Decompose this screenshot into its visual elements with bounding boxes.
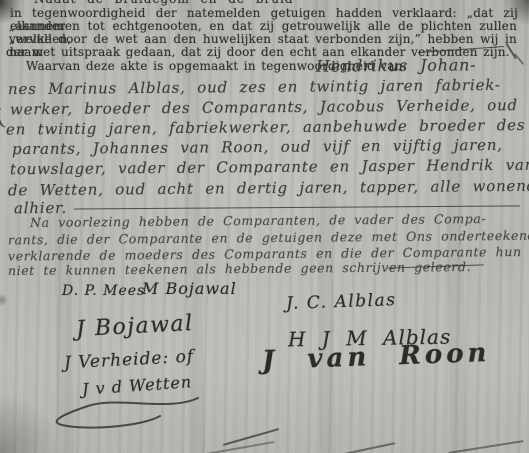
scanned-document-page: Nadat de bruidegom en de bruid in tegenw… xyxy=(0,0,529,453)
signature-flourish xyxy=(48,392,208,434)
signature-jc-alblas: J. C. Alblas xyxy=(286,290,397,314)
right-edge-pen-mark-2 xyxy=(514,53,525,65)
signature-j-verheide: J Verheide: of xyxy=(64,347,195,374)
signature-official-1: D. P. Mees xyxy=(62,283,145,299)
bottom-cut-stroke-3 xyxy=(330,442,395,453)
closing-line-4: niet te kunnen teekenen als hebbende gee… xyxy=(8,257,471,281)
bottom-cut-stroke-2 xyxy=(205,441,274,453)
bottom-cut-stroke-4 xyxy=(448,440,523,453)
signature-official-2: M Bojawal xyxy=(142,279,237,298)
handwritten-line-1: Hendrikus Johan- xyxy=(316,55,477,76)
signature-j-bojawal: J Bojawal xyxy=(75,311,194,342)
handwritten-line-7: de Wetten, oud acht en dertig jaren, tap… xyxy=(8,176,529,201)
